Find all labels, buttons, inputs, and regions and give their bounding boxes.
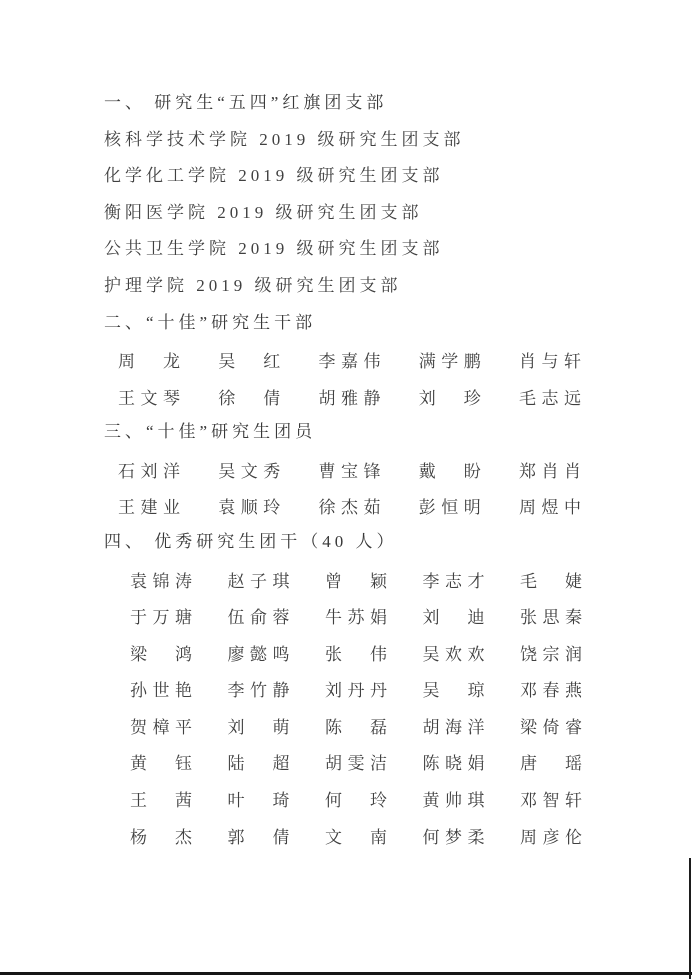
name-cell: 刘萌 — [228, 713, 290, 738]
name-cell: 梁鸿 — [130, 640, 192, 665]
name-cell: 陈晓娟 — [423, 749, 485, 774]
name-cell: 郭倩 — [228, 823, 290, 848]
name-cell: 胡雅静 — [319, 384, 381, 409]
name-cell: 郑肖肖 — [519, 457, 581, 482]
name-cell: 吴文秀 — [218, 457, 280, 482]
name-cell: 胡雯洁 — [325, 749, 387, 774]
name-cell: 文南 — [325, 823, 387, 848]
name-cell: 袁顺玲 — [218, 493, 280, 518]
name-cell: 何梦柔 — [423, 823, 485, 848]
name-cell: 牛苏娟 — [325, 603, 387, 628]
branch-line: 公共卫生学院 2019 级研究生团支部 — [104, 231, 604, 268]
name-cell: 黄钰 — [130, 749, 192, 774]
name-cell: 邓智轩 — [520, 786, 582, 811]
name-row: 于万瑭伍俞蓉牛苏娟刘迪张思秦 — [130, 597, 582, 634]
name-cell: 吴红 — [218, 347, 280, 372]
name-cell: 曾颖 — [325, 567, 387, 592]
name-cell: 陆超 — [228, 749, 290, 774]
name-cell: 贺樟平 — [130, 713, 192, 738]
name-cell: 杨杰 — [130, 823, 192, 848]
branch-line: 核科学技术学院 2019 级研究生团支部 — [104, 122, 604, 159]
name-cell: 周彦伦 — [520, 823, 582, 848]
name-cell: 陈磊 — [325, 713, 387, 738]
branch-line: 衡阳医学院 2019 级研究生团支部 — [104, 195, 604, 232]
name-cell: 毛志远 — [519, 384, 581, 409]
name-cell: 石刘洋 — [118, 457, 180, 482]
name-cell: 梁倚睿 — [520, 713, 582, 738]
name-cell: 伍俞蓉 — [228, 603, 290, 628]
name-row: 周龙吴红李嘉伟满学鹏肖与轩 — [118, 341, 581, 378]
name-cell: 刘迪 — [423, 603, 485, 628]
name-cell: 徐倩 — [218, 384, 280, 409]
name-cell: 吴欢欢 — [423, 640, 485, 665]
name-row: 王建业袁顺玲徐杰茹彭恒明周煜中 — [118, 488, 581, 525]
name-row: 黄钰陆超胡雯洁陈晓娟唐瑶 — [130, 744, 582, 781]
name-cell: 毛婕 — [520, 567, 582, 592]
name-cell: 张伟 — [325, 640, 387, 665]
scan-edge-right-line — [689, 858, 691, 979]
name-row: 王茜叶琦何玲黄帅琪邓智轩 — [130, 780, 582, 817]
name-cell: 王建业 — [118, 493, 180, 518]
name-cell: 戴盼 — [419, 457, 481, 482]
name-cell: 孙世艳 — [130, 676, 192, 701]
branch-line: 护理学院 2019 级研究生团支部 — [104, 268, 604, 305]
name-cell: 肖与轩 — [519, 347, 581, 372]
name-row: 王文琴徐倩胡雅静刘珍毛志远 — [118, 378, 581, 415]
name-cell: 刘珍 — [419, 384, 481, 409]
name-cell: 叶琦 — [228, 786, 290, 811]
name-cell: 王文琴 — [118, 384, 180, 409]
name-row: 孙世艳李竹静刘丹丹吴琼邓春燕 — [130, 671, 582, 708]
branch-line: 化学化工学院 2019 级研究生团支部 — [104, 158, 604, 195]
name-cell: 何玲 — [325, 786, 387, 811]
name-cell: 刘丹丹 — [325, 676, 387, 701]
name-cell: 张思秦 — [520, 603, 582, 628]
name-cell: 曹宝锋 — [319, 457, 381, 482]
name-cell: 胡海洋 — [423, 713, 485, 738]
name-cell: 饶宗润 — [520, 640, 582, 665]
name-cell: 李嘉伟 — [319, 347, 381, 372]
section-heading: 一、 研究生“五四”红旗团支部 — [104, 85, 604, 122]
name-cell: 彭恒明 — [419, 493, 481, 518]
document-page: 一、 研究生“五四”红旗团支部核科学技术学院 2019 级研究生团支部化学化工学… — [0, 0, 692, 979]
name-cell: 于万瑭 — [130, 603, 192, 628]
name-cell: 李竹静 — [228, 676, 290, 701]
name-cell: 李志才 — [423, 567, 485, 592]
name-cell: 王茜 — [130, 786, 192, 811]
name-row: 石刘洋吴文秀曹宝锋戴盼郑肖肖 — [118, 451, 581, 488]
name-cell: 袁锦涛 — [130, 567, 192, 592]
name-row: 梁鸿廖懿鸣张伟吴欢欢饶宗润 — [130, 634, 582, 671]
name-cell: 唐瑶 — [520, 749, 582, 774]
name-row: 贺樟平刘萌陈磊胡海洋梁倚睿 — [130, 707, 582, 744]
name-cell: 周煜中 — [519, 493, 581, 518]
scan-edge-bottom-line — [0, 972, 692, 975]
name-cell: 廖懿鸣 — [228, 640, 290, 665]
name-cell: 徐杰茹 — [319, 493, 381, 518]
section-heading: 四、 优秀研究生团干（40 人） — [104, 524, 604, 561]
section-heading: 二、“十佳”研究生干部 — [104, 305, 604, 342]
name-cell: 周龙 — [118, 347, 180, 372]
content-area: 一、 研究生“五四”红旗团支部核科学技术学院 2019 级研究生团支部化学化工学… — [104, 85, 604, 853]
name-row: 杨杰郭倩文南何梦柔周彦伦 — [130, 817, 582, 854]
name-cell: 赵子琪 — [228, 567, 290, 592]
name-cell: 邓春燕 — [520, 676, 582, 701]
name-cell: 黄帅琪 — [423, 786, 485, 811]
name-row: 袁锦涛赵子琪曾颖李志才毛婕 — [130, 561, 582, 598]
section-heading: 三、“十佳”研究生团员 — [104, 414, 604, 451]
name-cell: 满学鹏 — [419, 347, 481, 372]
name-cell: 吴琼 — [423, 676, 485, 701]
